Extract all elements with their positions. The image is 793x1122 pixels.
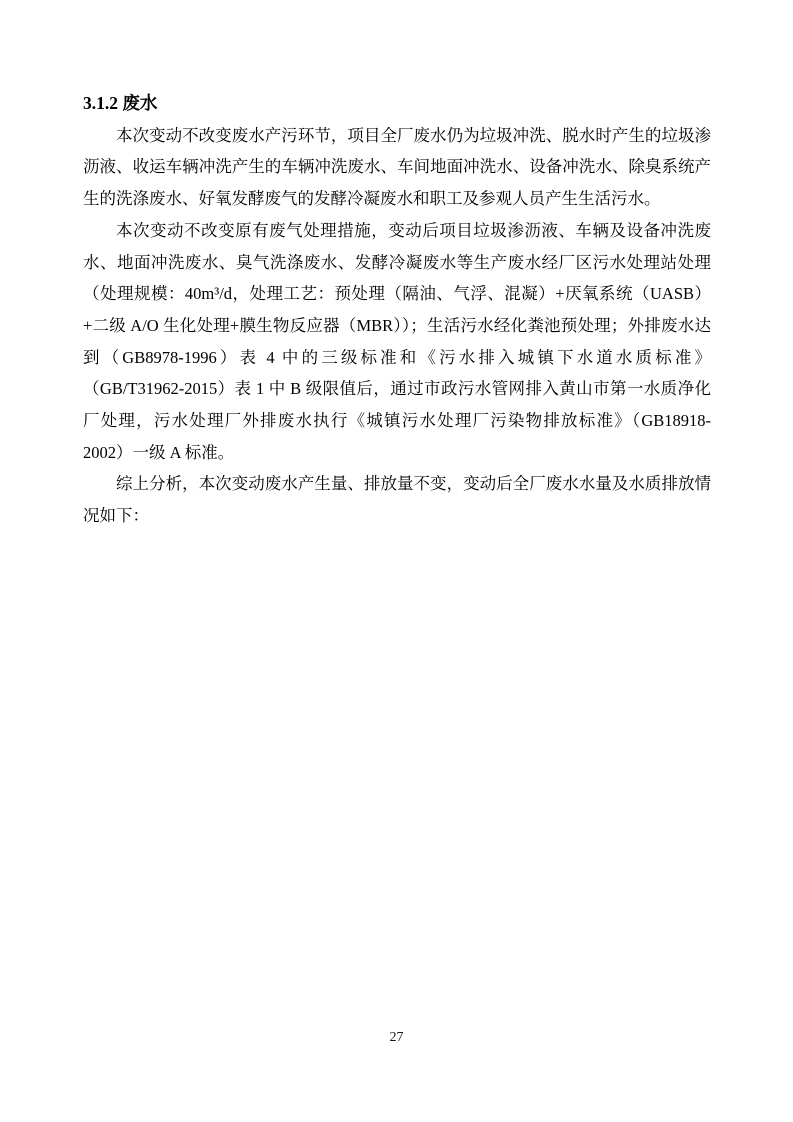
page-content: 3.1.2 废水 本次变动不改变废水产污环节，项目全厂废水仍为垃圾冲洗、脱水时产… xyxy=(83,88,711,532)
paragraph-3: 综上分析，本次变动废水产生量、排放量不变，变动后全厂废水水量及水质排放情况如下： xyxy=(83,468,711,531)
paragraph-2: 本次变动不改变原有废气处理措施，变动后项目垃圾渗沥液、车辆及设备冲洗废水、地面冲… xyxy=(83,215,711,469)
document-page: 3.1.2 废水 本次变动不改变废水产污环节，项目全厂废水仍为垃圾冲洗、脱水时产… xyxy=(0,0,793,1122)
page-number: 27 xyxy=(0,1030,793,1046)
paragraph-1: 本次变动不改变废水产污环节，项目全厂废水仍为垃圾冲洗、脱水时产生的垃圾渗沥液、收… xyxy=(83,120,711,215)
section-heading: 3.1.2 废水 xyxy=(83,88,711,120)
